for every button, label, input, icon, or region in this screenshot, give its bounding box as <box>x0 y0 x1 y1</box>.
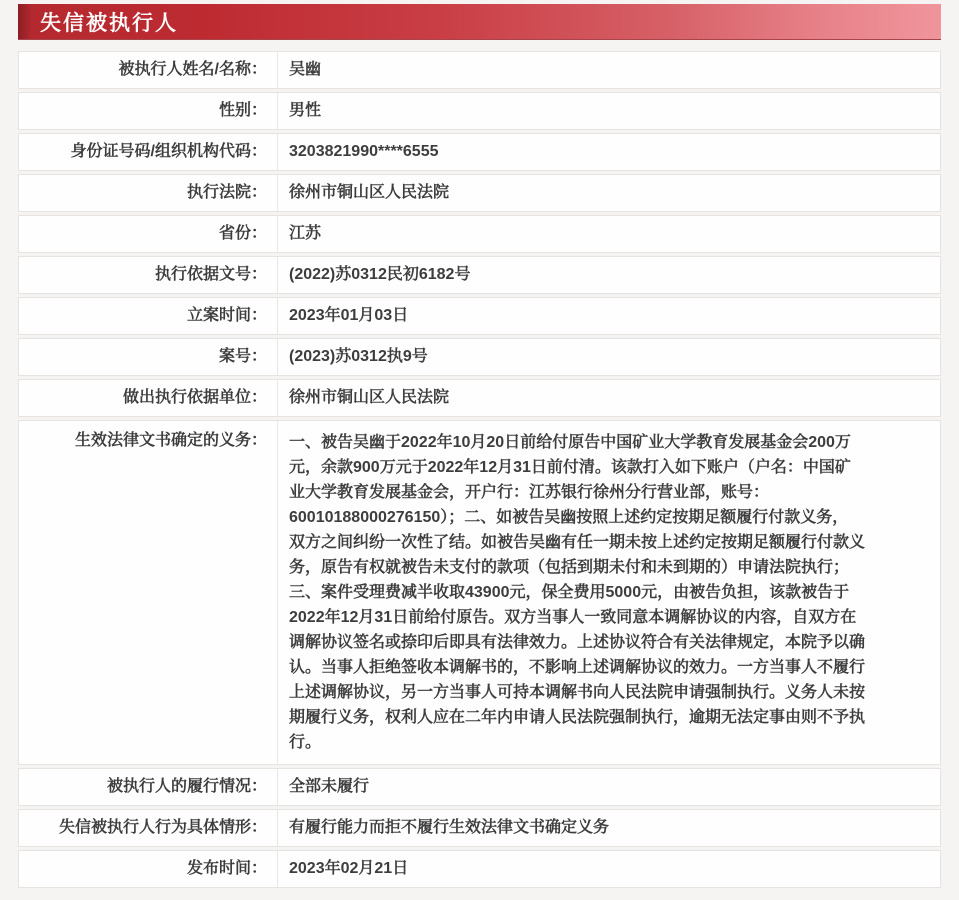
page: 失信被执行人 被执行人姓名/名称： 吴幽 性别： 男性 身份证号码/组织机构代码… <box>0 0 959 900</box>
field-value-text: 一、被告吴幽于2022年10月20日前给付原告中国矿业大学教育发展基金会200万… <box>289 430 865 755</box>
record-panel: 失信被执行人 被执行人姓名/名称： 吴幽 性别： 男性 身份证号码/组织机构代码… <box>18 4 941 891</box>
field-value: 一、被告吴幽于2022年10月20日前给付原告中国矿业大学教育发展基金会200万… <box>277 421 940 764</box>
field-label: 案号： <box>19 339 277 375</box>
row-enforcement-court: 执行法院： 徐州市铜山区人民法院 <box>18 174 941 212</box>
field-value-text: 2023年02月21日 <box>289 859 408 879</box>
field-value: 徐州市铜山区人民法院 <box>277 380 940 416</box>
field-value-text: (2022)苏0312民初6182号 <box>289 265 470 285</box>
field-label: 失信被执行人行为具体情形： <box>19 810 277 846</box>
field-value: 2023年01月03日 <box>277 298 940 334</box>
page-title: 失信被执行人 <box>40 7 178 37</box>
field-label: 省份： <box>19 216 277 252</box>
field-label: 被执行人姓名/名称： <box>19 52 277 88</box>
row-basis-doc-number: 执行依据文号： (2022)苏0312民初6182号 <box>18 256 941 294</box>
field-value-text: 2023年01月03日 <box>289 306 408 326</box>
field-label: 执行法院： <box>19 175 277 211</box>
field-value: 全部未履行 <box>277 769 940 805</box>
field-value: (2022)苏0312民初6182号 <box>277 257 940 293</box>
row-debtor-name: 被执行人姓名/名称： 吴幽 <box>18 51 941 89</box>
field-value-text: 江苏 <box>289 224 321 244</box>
field-value: 有履行能力而拒不履行生效法律文书确定义务 <box>277 810 940 846</box>
field-label: 发布时间： <box>19 851 277 887</box>
field-value: 2023年02月21日 <box>277 851 940 887</box>
row-basis-unit: 做出执行依据单位： 徐州市铜山区人民法院 <box>18 379 941 417</box>
field-value-text: 徐州市铜山区人民法院 <box>289 388 449 408</box>
row-obligations: 生效法律文书确定的义务： 一、被告吴幽于2022年10月20日前给付原告中国矿业… <box>18 420 941 765</box>
field-label: 立案时间： <box>19 298 277 334</box>
row-dishonest-behavior: 失信被执行人行为具体情形： 有履行能力而拒不履行生效法律文书确定义务 <box>18 809 941 847</box>
field-value-text: 3203821990****6555 <box>289 142 438 162</box>
row-filing-date: 立案时间： 2023年01月03日 <box>18 297 941 335</box>
field-value: 男性 <box>277 93 940 129</box>
field-value: 徐州市铜山区人民法院 <box>277 175 940 211</box>
record-table: 被执行人姓名/名称： 吴幽 性别： 男性 身份证号码/组织机构代码： 32038… <box>18 51 941 888</box>
field-label: 生效法律文书确定的义务： <box>19 421 277 459</box>
field-label: 性别： <box>19 93 277 129</box>
field-label: 被执行人的履行情况： <box>19 769 277 805</box>
field-value-text: 有履行能力而拒不履行生效法律文书确定义务 <box>289 818 609 838</box>
field-label: 身份证号码/组织机构代码： <box>19 134 277 170</box>
row-performance-status: 被执行人的履行情况： 全部未履行 <box>18 768 941 806</box>
field-value-text: 徐州市铜山区人民法院 <box>289 183 449 203</box>
field-value-text: 吴幽 <box>289 60 321 80</box>
field-value: 3203821990****6555 <box>277 134 940 170</box>
field-value-text: 全部未履行 <box>289 777 369 797</box>
row-gender: 性别： 男性 <box>18 92 941 130</box>
field-value-text: 男性 <box>289 101 321 121</box>
row-publish-date: 发布时间： 2023年02月21日 <box>18 850 941 888</box>
field-value: 江苏 <box>277 216 940 252</box>
row-id-number: 身份证号码/组织机构代码： 3203821990****6555 <box>18 133 941 171</box>
field-value: (2023)苏0312执9号 <box>277 339 940 375</box>
field-value-text: (2023)苏0312执9号 <box>289 347 428 367</box>
field-value: 吴幽 <box>277 52 940 88</box>
field-label: 做出执行依据单位： <box>19 380 277 416</box>
field-label: 执行依据文号： <box>19 257 277 293</box>
row-province: 省份： 江苏 <box>18 215 941 253</box>
page-header: 失信被执行人 <box>18 4 941 40</box>
row-case-number: 案号： (2023)苏0312执9号 <box>18 338 941 376</box>
